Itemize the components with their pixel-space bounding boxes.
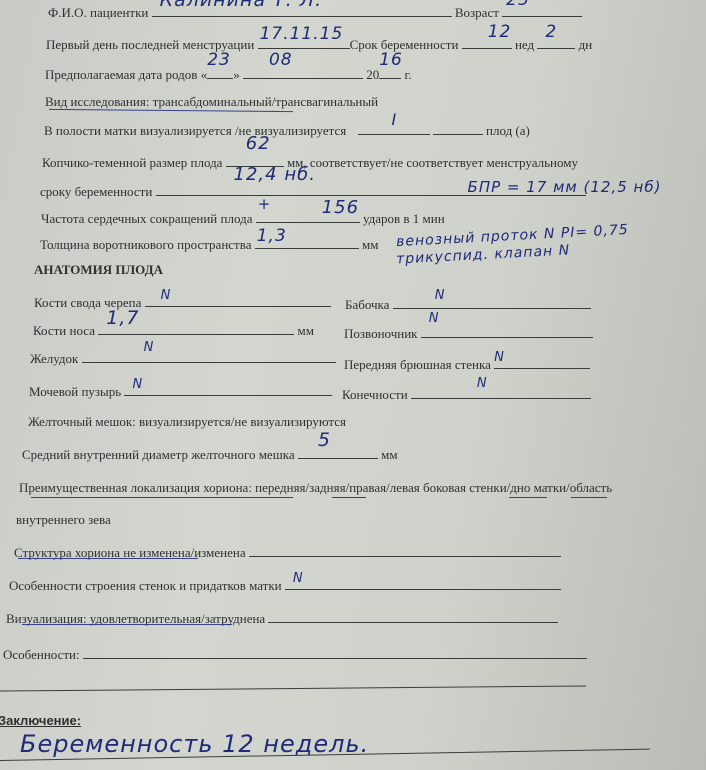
edd-day-value: 23	[207, 52, 231, 68]
visualization-field[interactable]	[268, 608, 558, 623]
butterfly-field[interactable]: N	[393, 294, 591, 309]
chorion-structure-row: Структура хориона не изменена/изменена	[14, 542, 561, 561]
stomach-label: Желудок	[30, 351, 78, 366]
patient-value: Калинина Т. Л.	[160, 0, 323, 8]
patient-label: Ф.И.О. пациентки	[48, 5, 148, 20]
yolk-diameter-field[interactable]: 5	[298, 444, 378, 459]
edd-year-value: 16	[379, 52, 403, 68]
chorion-structure-underline	[18, 558, 198, 559]
spine-value: N	[429, 311, 440, 327]
ultrasound-report-form: Ф.И.О. пациентки Калинина Т. Л. Возраст …	[0, 0, 706, 770]
nt-row: Толщина воротникового пространства 1,3 м…	[40, 234, 378, 253]
edd-year-prefix: 20	[366, 67, 379, 82]
uterine-walls-row: Особенности строения стенок и придатков …	[9, 575, 561, 594]
term-value: 12,4 нб.	[234, 167, 316, 183]
spine-field[interactable]: N	[421, 323, 593, 338]
edd-year-field[interactable]: 16	[379, 64, 401, 79]
term-row: сроку беременности 12,4 нб. БПР = 17 мм …	[40, 181, 586, 200]
skull-row: Кости свода черепа N	[34, 292, 331, 311]
butterfly-row: Бабочка N	[345, 294, 591, 313]
conclusion-label: Заключение:	[0, 713, 81, 729]
stomach-row: Желудок N	[30, 348, 336, 367]
posterior-wall-underline	[332, 497, 366, 498]
ga-weeks-value: 12	[488, 24, 512, 40]
ga-days-unit: дн	[579, 37, 593, 52]
butterfly-value: N	[435, 288, 446, 304]
heart-rate-label: Частота сердечных сокращений плода	[41, 211, 252, 226]
abdominal-wall-row: Передняя брюшная стенка N	[344, 354, 590, 373]
lmp-row: Первый день последней менструации 17.11.…	[46, 34, 592, 53]
yolk-diameter-label: Средний внутренний диаметр желточного ме…	[22, 447, 295, 462]
nasal-unit: мм	[298, 323, 314, 338]
limbs-field[interactable]: N	[411, 384, 591, 399]
bpd-note: БПР = 17 мм (12,5 нб)	[468, 179, 662, 195]
nasal-field[interactable]: 1,7	[98, 320, 294, 335]
nt-value: 1,3	[257, 228, 287, 244]
crl-label: Копчико-теменной размер плода	[42, 155, 222, 170]
edd-month-field[interactable]: 08	[243, 64, 363, 79]
edd-month-value: 08	[269, 52, 293, 68]
limbs-row: Конечности N	[342, 384, 591, 403]
features-label: Особенности:	[3, 647, 80, 662]
chorion-localization-row: Преимущественная локализация хориона: пе…	[19, 480, 612, 496]
fetus-suffix: плод (а)	[486, 123, 530, 138]
uterine-walls-value: N	[293, 571, 304, 587]
yolk-sac-row: Желточный мешок: визуализируется/не визу…	[28, 414, 346, 430]
lmp-field[interactable]: 17.11.15	[258, 34, 350, 49]
exam-type-label: Вид исследования: трансабдоминальный/тра…	[45, 94, 378, 109]
ga-days-value: 2	[545, 24, 557, 40]
skull-value: N	[161, 288, 172, 304]
nasal-value: 1,7	[106, 310, 139, 326]
abdominal-wall-field[interactable]: N	[494, 354, 590, 369]
edd-label: Предполагаемая дата родов	[45, 67, 197, 82]
yolk-sac-label: Желточный мешок: визуализируется/не визу…	[28, 414, 346, 429]
conclusion-value: Беременность 12 недель.	[20, 730, 369, 758]
skull-field[interactable]: N	[145, 292, 331, 307]
stomach-value: N	[144, 340, 155, 356]
uterus-label: В полости матки визуализируется /не визу…	[44, 123, 346, 138]
age-label: Возраст	[455, 5, 499, 20]
yolk-diameter-value: 5	[318, 432, 331, 448]
uterus-underline	[571, 497, 607, 498]
nt-label: Толщина воротникового пространства	[40, 237, 251, 252]
abdominal-wall-label: Передняя брюшная стенка	[344, 357, 491, 372]
uterus-row: В полости матки визуализируется /не визу…	[44, 120, 530, 139]
bladder-field[interactable]: N	[124, 381, 332, 396]
term-label: сроку беременности	[40, 184, 152, 199]
chorion-localization-label: Преимущественная локализация хориона: пе…	[19, 480, 612, 495]
chorion-structure-field[interactable]	[249, 542, 561, 557]
edd-year-suffix: г.	[404, 67, 411, 82]
yolk-diameter-row: Средний внутренний диаметр желточного ме…	[22, 444, 398, 463]
crl-value: 62	[246, 136, 271, 152]
uterine-walls-label: Особенности строения стенок и придатков …	[9, 578, 282, 593]
edd-row: Предполагаемая дата родов « 23 » 08 20 1…	[45, 64, 412, 83]
fetus-count-field[interactable]: I	[358, 120, 430, 135]
visualization-row: Визуализация: удовлетворительная/затрудн…	[6, 608, 558, 627]
exam-type-underline	[49, 109, 293, 112]
nasal-row: Кости носа 1,7 мм	[33, 320, 314, 339]
chorion-localization-underline	[31, 497, 293, 498]
walls-underline	[509, 497, 547, 498]
features-field-2[interactable]	[0, 685, 586, 691]
patient-row: Ф.И.О. пациентки Калинина Т. Л. Возраст …	[48, 2, 582, 21]
yolk-diameter-unit: мм	[381, 447, 397, 462]
fetus-count-value: I	[392, 112, 398, 128]
nt-field[interactable]: 1,3	[255, 234, 359, 249]
ga-weeks-field[interactable]: 12	[462, 34, 512, 49]
anatomy-heading: АНАТОМИЯ ПЛОДА	[34, 262, 163, 278]
uterine-walls-field[interactable]: N	[285, 575, 561, 590]
heart-rate-row: Частота сердечных сокращений плода + 156…	[41, 208, 445, 227]
abdominal-wall-value: N	[494, 350, 505, 366]
features-row: Особенности:	[3, 644, 587, 663]
spine-label: Позвоночник	[344, 326, 417, 341]
butterfly-label: Бабочка	[345, 297, 389, 312]
spine-row: Позвоночник N	[344, 323, 593, 342]
lmp-value: 17.11.15	[260, 26, 344, 42]
heart-rate-suffix: ударов в 1 мин	[363, 211, 445, 226]
limbs-label: Конечности	[342, 387, 408, 402]
term-field[interactable]: 12,4 нб. БПР = 17 мм (12,5 нб)	[156, 181, 586, 196]
edd-day-field[interactable]: 23	[207, 64, 233, 79]
bladder-label: Мочевой пузырь	[29, 384, 121, 399]
visualization-underline	[22, 624, 232, 625]
heart-rate-field[interactable]: + 156	[256, 208, 360, 223]
exam-type-row: Вид исследования: трансабдоминальный/тра…	[45, 94, 378, 110]
heart-rate-mark: +	[258, 196, 272, 212]
patient-field[interactable]: Калинина Т. Л.	[152, 2, 452, 17]
heart-rate-value: 156	[322, 200, 359, 216]
ga-label: Срок беременности	[350, 37, 459, 52]
fetus-count-field-2[interactable]	[433, 120, 483, 135]
features-field[interactable]	[83, 644, 587, 659]
ga-weeks-unit: нед	[515, 37, 534, 52]
age-value: 25	[506, 0, 530, 8]
crl-suffix: мм, соответствует/не соответствует менст…	[287, 155, 578, 170]
bladder-row: Мочевой пузырь N	[29, 381, 332, 400]
stomach-field[interactable]: N	[82, 348, 336, 363]
nasal-label: Кости носа	[33, 323, 95, 338]
nt-unit: мм	[362, 237, 378, 252]
limbs-value: N	[477, 376, 488, 392]
chorion-localization-cont: внутреннего зева	[16, 512, 111, 528]
edd-close-quote: »	[233, 67, 240, 82]
age-field[interactable]: 25	[502, 2, 582, 17]
bladder-value: N	[132, 377, 143, 393]
ga-days-field[interactable]: 2	[537, 34, 575, 49]
